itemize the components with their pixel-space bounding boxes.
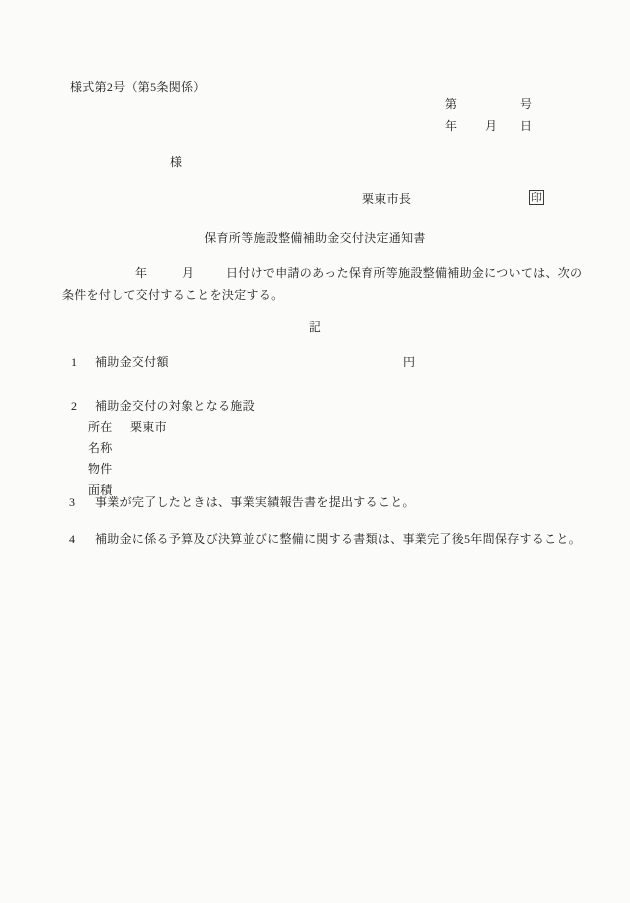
item1-label: 補助金交付額 — [95, 355, 169, 369]
facility-property-label: 物件 — [88, 462, 113, 476]
facility-name-label: 名称 — [88, 441, 113, 455]
doc-number-prefix: 第 — [445, 97, 457, 111]
doc-number-suffix: 号 — [520, 97, 532, 111]
intro-month-label: 月 — [182, 266, 194, 280]
list-heading: 記 — [0, 320, 630, 334]
intro-line2-text: 条件を付して交付することを決定する。 — [62, 288, 283, 302]
item1-number: 1 — [71, 355, 77, 369]
item3-number: 3 — [69, 495, 75, 509]
intro-year-label: 年 — [135, 266, 147, 280]
facility-location-value: 栗東市 — [130, 420, 167, 434]
document-title: 保育所等施設整備補助金交付決定通知書 — [0, 231, 630, 245]
issuer-name: 栗東市長 — [362, 192, 411, 206]
item2-label: 補助金交付の対象となる施設 — [95, 399, 255, 413]
date-month-label: 月 — [485, 119, 497, 133]
item3-label: 事業が完了したときは、事業実績報告書を提出すること。 — [95, 495, 415, 509]
date-day-label: 日 — [520, 119, 532, 133]
item4-label: 補助金に係る予算及び決算並びに整備に関する書類は、事業完了後5年間保存すること。 — [95, 532, 581, 546]
facility-location-label: 所在 — [88, 420, 113, 434]
date-year-label: 年 — [445, 119, 457, 133]
seal-mark-icon: 印 — [529, 190, 544, 205]
intro-line1-text: 日付けで申請のあった保育所等施設整備補助金については、次の — [226, 266, 582, 280]
addressee-honorific: 様 — [170, 155, 182, 169]
form-number: 様式第2号（第5条関係） — [70, 80, 206, 94]
seal-mark-label: 印 — [531, 192, 542, 204]
item2-number: 2 — [71, 399, 77, 413]
item1-unit-yen: 円 — [403, 355, 415, 369]
document-page: 様式第2号（第5条関係） 第 号 年 月 日 様 栗東市長 印 保育所等施設整備… — [0, 0, 630, 903]
item4-number: 4 — [69, 532, 75, 546]
